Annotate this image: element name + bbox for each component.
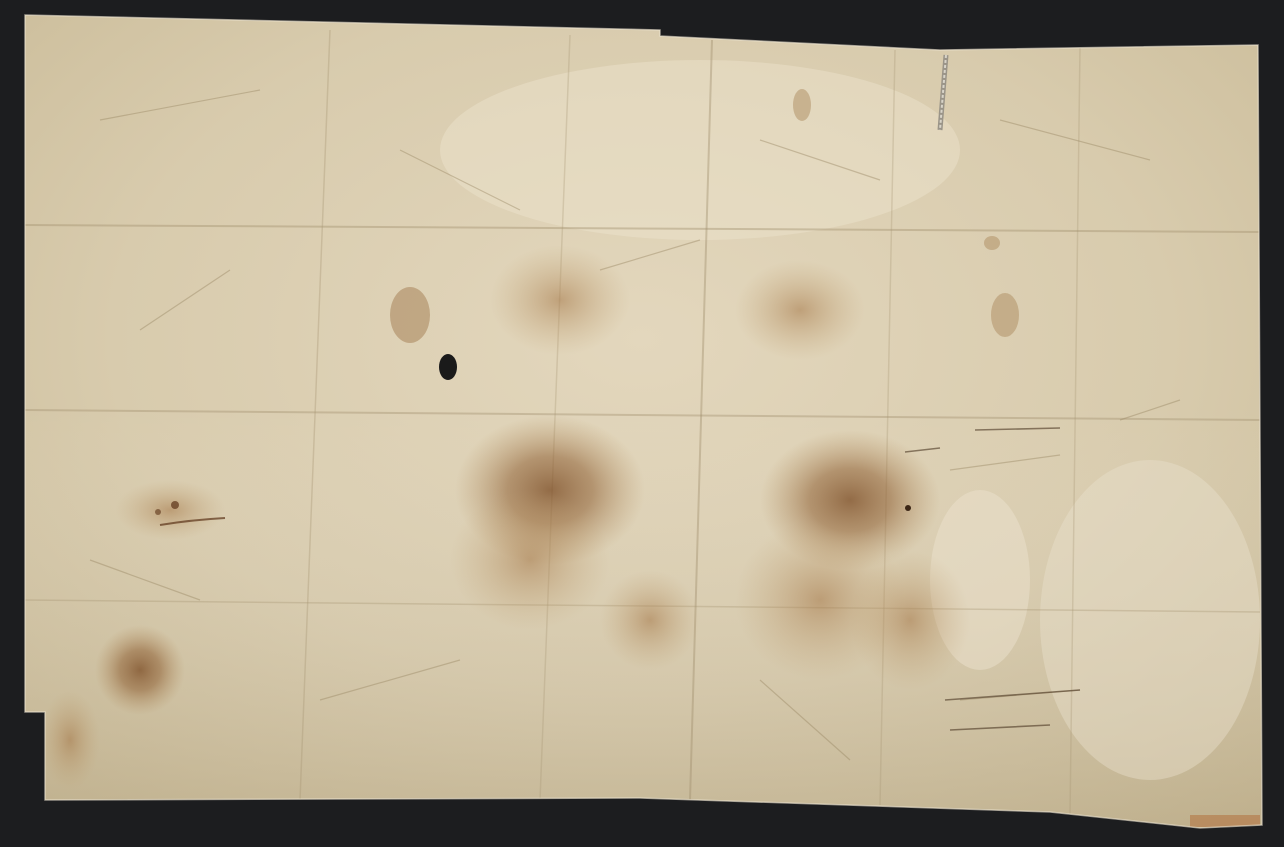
photo-background [0,0,1284,847]
linen-cloth-photo [0,0,1284,847]
